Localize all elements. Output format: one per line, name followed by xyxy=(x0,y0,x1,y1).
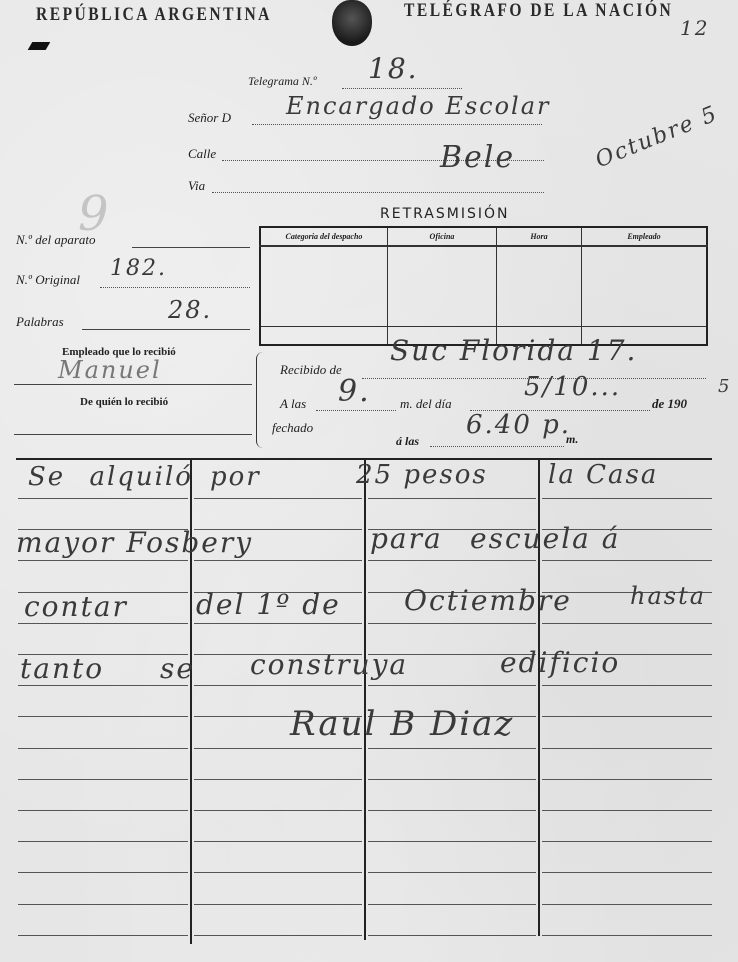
header-right-title: TELÉGRAFO DE LA NACIÓN xyxy=(404,0,673,22)
msg-line-2a: mayor Fosbery xyxy=(16,526,253,559)
m-label: m. xyxy=(566,432,578,447)
msg-line-4c: construya xyxy=(250,648,408,681)
ruled-line xyxy=(542,935,712,936)
ruled-line xyxy=(18,560,188,561)
ruled-line xyxy=(542,498,712,499)
ruled-line xyxy=(18,872,188,873)
cell xyxy=(260,246,388,327)
cell xyxy=(582,246,708,327)
msg-line-3a: contar xyxy=(24,590,128,623)
ruled-line xyxy=(194,748,362,749)
senor-label: Señor D xyxy=(188,110,231,126)
msg-line-1c: 25 pesos xyxy=(356,460,488,490)
a-las-label: A las xyxy=(280,396,306,412)
cell xyxy=(497,246,582,327)
cell xyxy=(260,326,388,345)
ruled-line xyxy=(368,810,536,811)
page-number: 12 xyxy=(680,16,709,40)
a-las2-line xyxy=(430,446,564,447)
msg-line-2b: para xyxy=(370,522,443,555)
telegrama-line xyxy=(342,88,462,89)
ruled-line xyxy=(18,685,188,686)
ruled-line xyxy=(368,841,536,842)
msg-word: Se alquiló xyxy=(28,462,193,492)
brace xyxy=(256,352,263,448)
via-value: Bele xyxy=(440,140,515,175)
ruled-line xyxy=(194,498,362,499)
ruled-line xyxy=(18,716,188,717)
ruled-line xyxy=(542,904,712,905)
year-label: de 190 xyxy=(652,396,687,412)
dia-value: 5/10... xyxy=(524,372,621,402)
aparato-line xyxy=(132,247,250,248)
ruled-line xyxy=(194,872,362,873)
ruled-line xyxy=(18,810,188,811)
ruled-line xyxy=(542,716,712,717)
ruled-line xyxy=(542,810,712,811)
msg-line-3b: del 1º de xyxy=(196,588,341,621)
msg-line-3c: Octiembre xyxy=(404,584,572,617)
margin-note: Octubre 5 xyxy=(592,101,722,173)
ruled-line xyxy=(194,935,362,936)
col-hora: Hora xyxy=(497,227,582,246)
de-quien-line xyxy=(14,434,252,435)
original-line xyxy=(100,287,250,288)
a-las2-label: á las xyxy=(396,434,419,449)
ruled-line xyxy=(542,685,712,686)
a-las2-value: 6.40 p. xyxy=(466,410,571,440)
ruled-line xyxy=(18,935,188,936)
ruled-line xyxy=(18,904,188,905)
original-value: 182. xyxy=(110,256,167,281)
retransmision-table: Categoria del despacho Oficina Hora Empl… xyxy=(259,226,708,346)
ruled-line xyxy=(368,685,536,686)
palabras-label: Palabras xyxy=(16,314,64,330)
ruled-line xyxy=(194,560,362,561)
ruled-line xyxy=(542,748,712,749)
ruled-line xyxy=(542,623,712,624)
msg-line-3d: hasta xyxy=(630,582,706,610)
msg-line-1d: la Casa xyxy=(548,460,658,490)
ruled-line xyxy=(18,779,188,780)
ruled-line xyxy=(194,904,362,905)
msg-line-4a: tanto xyxy=(20,652,104,685)
ruled-line xyxy=(368,904,536,905)
recibido-label: Recibido de xyxy=(280,362,342,378)
msg-line-2c: escuela á xyxy=(470,522,620,555)
ruled-line xyxy=(18,748,188,749)
ruled-line xyxy=(368,623,536,624)
coat-of-arms-icon xyxy=(332,0,372,46)
ruled-line xyxy=(368,560,536,561)
msg-line-1b: por xyxy=(210,462,261,492)
de-quien-label: De quién lo recibió xyxy=(80,396,168,408)
empleado-value: Manuel xyxy=(58,356,162,384)
msg-line-4d: edificio xyxy=(500,646,620,679)
m-del-dia-label: m. del día xyxy=(400,396,452,412)
a-las-value: 9. xyxy=(338,374,371,409)
ruled-line xyxy=(194,623,362,624)
ruled-line xyxy=(542,872,712,873)
ruled-line xyxy=(368,935,536,936)
recibido-value: Suc Florida 17. xyxy=(390,334,637,367)
empleado-line xyxy=(14,384,252,385)
via-label: Via xyxy=(188,178,205,194)
palabras-line xyxy=(82,329,250,330)
ruled-line xyxy=(542,779,712,780)
telegrama-value: 18. xyxy=(368,52,419,85)
ruled-line xyxy=(194,841,362,842)
ruled-line xyxy=(542,560,712,561)
msg-line-1: Se alquiló xyxy=(28,462,193,492)
msg-line-4b: se xyxy=(160,652,195,685)
cell xyxy=(388,246,497,327)
ruled-line xyxy=(542,841,712,842)
signature: Raul B Diaz xyxy=(290,704,514,744)
palabras-value: 28. xyxy=(168,296,212,324)
ruled-line xyxy=(368,872,536,873)
ruled-line xyxy=(368,779,536,780)
senor-value: Encargado Escolar xyxy=(286,92,551,120)
ruled-line xyxy=(368,498,536,499)
header-left-title: REPÚBLICA ARGENTINA xyxy=(36,4,272,26)
calle-label: Calle xyxy=(188,146,216,162)
ruled-line xyxy=(194,685,362,686)
year-value: 5 xyxy=(718,376,731,397)
col-categoria: Categoria del despacho xyxy=(260,227,388,246)
original-label: N.º Original xyxy=(16,272,80,288)
aparato-value: 9 xyxy=(78,186,111,242)
a-las-line xyxy=(316,410,396,411)
ink-mark-icon xyxy=(28,42,51,50)
ruled-line xyxy=(194,810,362,811)
column-divider xyxy=(364,460,366,940)
senor-line xyxy=(252,124,542,125)
telegrama-label: Telegrama N.º xyxy=(248,74,317,89)
col-oficina: Oficina xyxy=(388,227,497,246)
ruled-line xyxy=(18,841,188,842)
ruled-line xyxy=(18,498,188,499)
retransmision-title: RETRASMISIÓN xyxy=(380,206,509,222)
ruled-line xyxy=(368,748,536,749)
ruled-line xyxy=(194,779,362,780)
fechado-label: fechado xyxy=(272,420,313,436)
via-line xyxy=(212,192,544,193)
col-empleado: Empleado xyxy=(582,227,708,246)
